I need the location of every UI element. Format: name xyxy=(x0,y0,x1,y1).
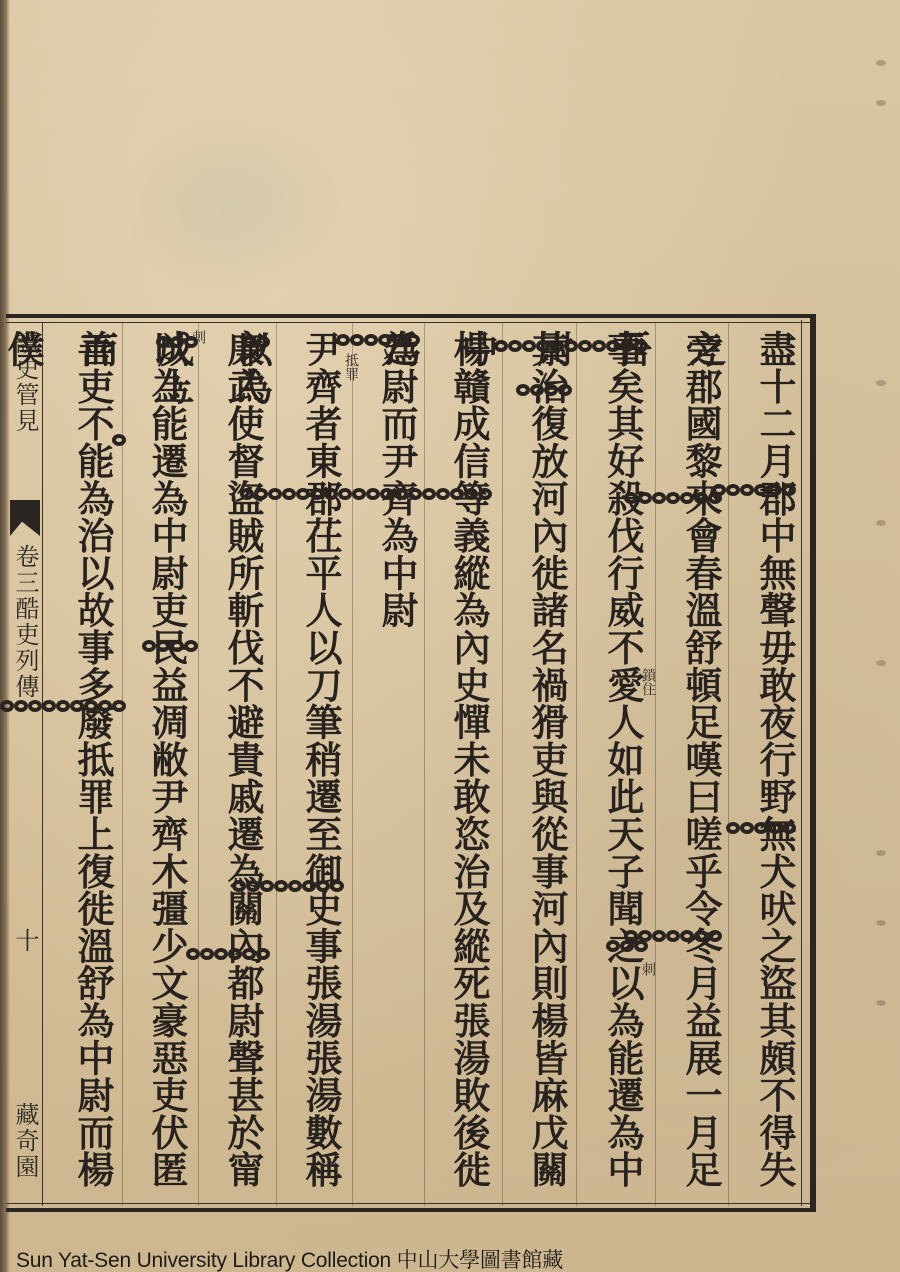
collection-watermark: Sun Yat-Sen University Library Collectio… xyxy=(16,1244,563,1272)
emphasis-circles xyxy=(774,822,796,857)
emphasis-circles xyxy=(322,880,344,915)
text-column-7: 尹齊者東郡茌平人以刀筆稍遷至御史事張湯張湯數稱以為 xyxy=(286,330,356,1200)
emphasis-circles xyxy=(104,434,126,469)
page-number: 十 xyxy=(10,928,40,954)
fish-tail-mark xyxy=(10,500,40,536)
emphasis-circles xyxy=(700,492,722,527)
text-column-1: 盡十二月郡中無聲毋敢夜行野無犬吠之盜其頗不得失之 xyxy=(740,330,810,1200)
text-column-6: 廷尉而尹齊為中尉 xyxy=(362,330,432,1200)
text-column-8: 廉武使督盜賊所斬伐不避貴戚遷為關內都尉聲甚於甯成上 xyxy=(208,330,278,1200)
emphasis-circles xyxy=(248,948,270,983)
text-column-9: 以為能遷為中尉吏民益凋敝尹齊木彊少文豪惡吏伏匿而 xyxy=(132,330,202,1200)
text-column-5: 楊贛成信等義縱為內史憚未敢恣治及縱死張湯敗後徙為 xyxy=(434,330,504,1200)
annotation-dizui: 抵罪 xyxy=(343,353,359,381)
publisher-name: 藏奇園 xyxy=(10,1102,40,1180)
collection-label-zh: 中山大學圖書館藏 xyxy=(397,1248,563,1272)
emphasis-circles xyxy=(248,336,270,371)
ink-bleed-through xyxy=(120,110,350,300)
emphasis-circles xyxy=(176,640,198,675)
text-column-4: 其治復放河內徙諸名禍猾吏與從事河內則楊皆麻戊關中 xyxy=(512,330,582,1200)
emphasis-circles xyxy=(176,336,198,371)
emphasis-circles xyxy=(700,930,722,965)
frame-inner-rule-top xyxy=(6,322,810,323)
text-column-2: 旁郡國黎來會春溫舒頓足嘆曰嗟乎令冬月益展一月足吾 xyxy=(666,330,736,1200)
chapter-title: 卷三酷吏列傳 xyxy=(10,544,40,700)
collection-label-en: Sun Yat-Sen University Library Collectio… xyxy=(16,1249,391,1272)
text-column-3: 事矣其好殺伐行威不愛人如此天子聞之以為能遷為中尉 xyxy=(588,330,658,1200)
emphasis-circles xyxy=(626,940,648,975)
emphasis-circles xyxy=(550,384,572,419)
emphasis-circles xyxy=(774,484,796,519)
emphasis-circles xyxy=(104,700,126,735)
page-margin-column: 讀史管見 卷三酷吏列傳 十 藏奇園 xyxy=(6,322,43,1206)
frame-inner-rule-bottom xyxy=(6,1203,810,1204)
annotation-suozhu: 鎖住 xyxy=(640,668,656,696)
emphasis-circles xyxy=(398,334,420,369)
emphasis-circles xyxy=(626,340,648,375)
page-edge-wormholes xyxy=(872,60,886,1160)
emphasis-circles xyxy=(470,488,492,523)
